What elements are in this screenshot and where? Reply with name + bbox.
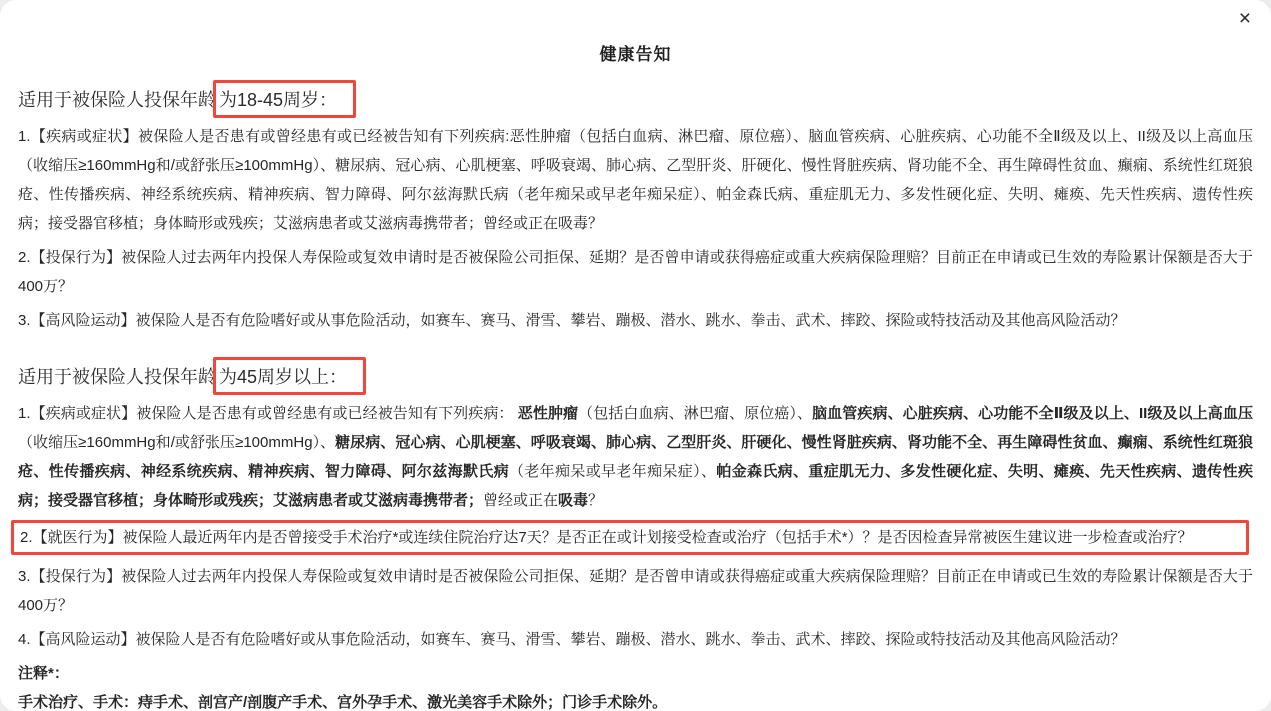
highlight-box: 为45周岁以上： — [213, 357, 366, 395]
health-notice-modal: × 健康告知 适用于被保险人投保年龄为18-45周岁： 1.【疾病或症状】被保险… — [0, 0, 1271, 711]
notice-paragraph: 3.【投保行为】被保险人过去两年内投保人寿保险或复效申请时是否被保险公司拒保、延… — [18, 562, 1253, 620]
note-line: 手术治疗、手术：痔手术、剖宫产/剖腹产手术、宫外孕手术、激光美容手术除外；门诊手… — [18, 688, 1253, 711]
heading-prefix: 适用于被保险人投保年龄 — [18, 86, 216, 112]
section-paragraphs: 1.【疾病或症状】被保险人是否患有或曾经患有或已经被告知有下列疾病： 恶性肿瘤（… — [18, 399, 1253, 654]
notes-block: 注释*：手术治疗、手术：痔手术、剖宫产/剖腹产手术、宫外孕手术、激光美容手术除外… — [18, 659, 1253, 711]
notice-paragraph: 1.【疾病或症状】被保险人是否患有或曾经患有或已经被告知有下列疾病： 恶性肿瘤（… — [18, 399, 1253, 515]
section-heading-18-45: 适用于被保险人投保年龄为18-45周岁： — [18, 82, 1253, 116]
section-paragraphs: 1.【疾病或症状】被保险人是否患有或曾经患有或已经被告知有下列疾病:恶性肿瘤（包… — [18, 122, 1253, 335]
page-title: 健康告知 — [18, 0, 1253, 65]
highlight-box: 为18-45周岁： — [213, 80, 356, 118]
notice-paragraph: 2.【投保行为】被保险人过去两年内投保人寿保险或复效申请时是否被保险公司拒保、延… — [18, 243, 1253, 301]
notice-paragraph: 1.【疾病或症状】被保险人是否患有或曾经患有或已经被告知有下列疾病:恶性肿瘤（包… — [18, 122, 1253, 238]
heading-prefix: 适用于被保险人投保年龄 — [18, 363, 216, 389]
notice-paragraph: 4.【高风险运动】被保险人是否有危险嗜好或从事危险活动，如赛车、赛马、滑雪、攀岩… — [18, 625, 1253, 654]
section-age-18-45: 适用于被保险人投保年龄为18-45周岁： 1.【疾病或症状】被保险人是否患有或曾… — [18, 82, 1253, 335]
notice-paragraph: 3.【高风险运动】被保险人是否有危险嗜好或从事危险活动，如赛车、赛马、滑雪、攀岩… — [18, 306, 1253, 335]
close-icon[interactable]: × — [1239, 8, 1251, 29]
note-line: 注释*： — [18, 659, 1253, 688]
section-heading-45-plus: 适用于被保险人投保年龄为45周岁以上： — [18, 359, 1253, 393]
section-age-45-plus: 适用于被保险人投保年龄为45周岁以上： 1.【疾病或症状】被保险人是否患有或曾经… — [18, 359, 1253, 654]
highlighted-paragraph: 2.【就医行为】被保险人最近两年内是否曾接受手术治疗*或连续住院治疗达7天？是否… — [11, 520, 1249, 555]
